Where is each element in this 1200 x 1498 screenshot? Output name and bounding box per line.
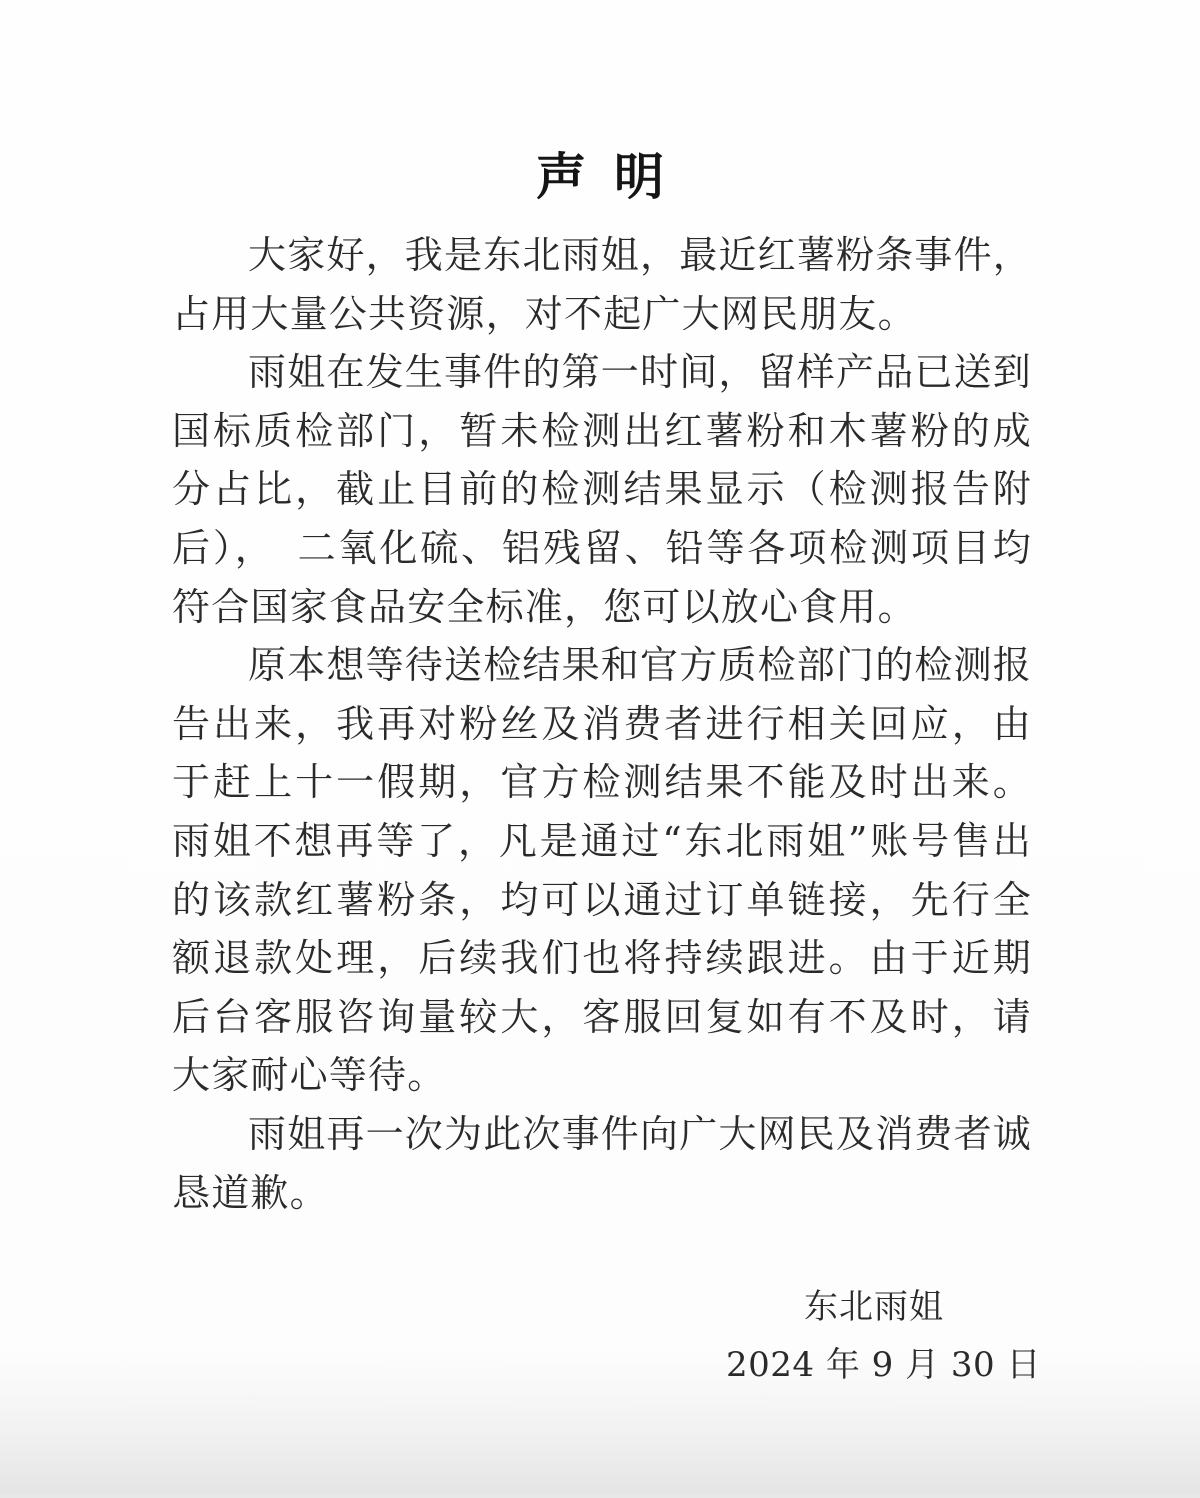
statement-page: 声明 大家好，我是东北雨姐，最近红薯粉条事件，占用大量公共资源，对不起广大网民朋… — [0, 0, 1200, 1498]
document-title: 声明 — [0, 142, 1200, 212]
paragraph-test-results: 雨姐在发生事件的第一时间，留样产品已送到国标质检部门，暂未检测出红薯粉和木薯粉的… — [172, 343, 1032, 636]
paragraph-refund-policy: 原本想等待送检结果和官方质检部门的检测报告出来，我再对粉丝及消费者进行相关回应，… — [172, 636, 1032, 1105]
page-bottom-edge — [0, 1494, 1200, 1498]
signature-date: 2024 年 9 月 30 日 — [726, 1336, 1046, 1394]
signature-name: 东北雨姐 — [726, 1278, 1046, 1336]
paragraph-closing-apology: 雨姐再一次为此次事件向广大网民及消费者诚恳道歉。 — [172, 1105, 1032, 1222]
signature-block: 东北雨姐 2024 年 9 月 30 日 — [726, 1278, 1046, 1394]
paragraph-apology-intro: 大家好，我是东北雨姐，最近红薯粉条事件，占用大量公共资源，对不起广大网民朋友。 — [172, 226, 1032, 343]
document-body: 大家好，我是东北雨姐，最近红薯粉条事件，占用大量公共资源，对不起广大网民朋友。 … — [172, 226, 1032, 1222]
